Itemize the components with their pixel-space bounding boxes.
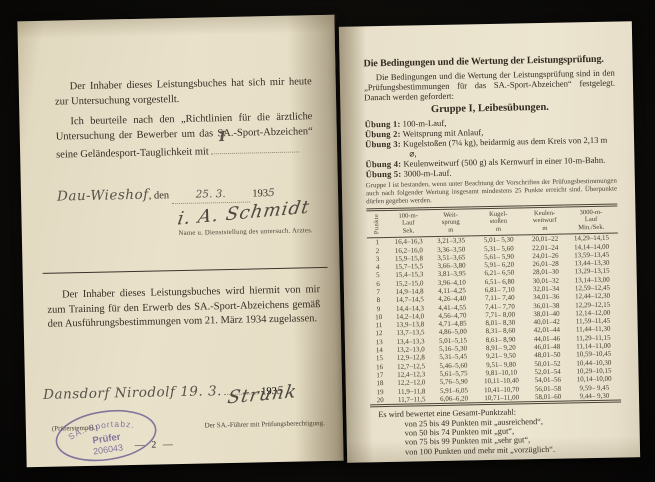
fitness-grade-handwritten: I: [219, 130, 226, 145]
uebung-label: Übung 4:: [365, 159, 401, 170]
header-weitsprung: Weit- sprung m: [429, 208, 472, 237]
conditions-intro: Die Bedingungen und die Wertung der Leis…: [364, 68, 616, 103]
den-printed: , den: [149, 190, 170, 201]
admission-paragraph: Der Inhaber dieses Leistungsbuches wird …: [47, 283, 321, 332]
place-day-handwritten: Dansdorf Nirodolf 19. 3.: [43, 383, 222, 403]
cell-kugelstossen: 10,71–11,00: [475, 393, 528, 404]
header-keulenweitwurf: Keulen- weitwurf m: [525, 206, 565, 235]
conditions-title: Die Bedingungen und die Wertung der Leis…: [363, 54, 614, 70]
leader-signature: Strunk: [226, 381, 298, 408]
day-blank: 25. 3.: [172, 186, 250, 204]
header-100m: 100-m- Lauf Sek.: [387, 209, 430, 238]
fitness-grade-blank: I: [211, 139, 299, 154]
uebung-label: Übung 2:: [365, 129, 401, 140]
points-table: Punkte 100-m- Lauf Sek. Weit- sprung m K…: [366, 204, 621, 408]
day-handwritten: 25. 3.: [196, 188, 226, 201]
doctor-signature: i. A. Schmidt: [176, 201, 310, 227]
right-page-content: Die Bedingungen und die Wertung der Leis…: [339, 21, 640, 457]
assessment-paragraph: Ich beurteile nach den „Richtlinien für …: [55, 110, 313, 163]
assessment-text: Ich beurteile nach den „Richtlinien für …: [56, 111, 313, 160]
uebung-text: 3000-m-Lauf.: [403, 168, 451, 179]
header-kugelstossen: Kugel- stoßen m: [472, 207, 526, 236]
uebung-label: Übung 1:: [365, 119, 401, 130]
examiner-stamp: SA.-Sportabz. Prüfer 206043: [47, 400, 166, 471]
uebung-label: Übung 5:: [366, 169, 402, 180]
left-page-content: Der Inhaber dieses Leistungsbuches hat s…: [17, 15, 339, 245]
cell-keulenweitwurf: 58,01–60: [528, 392, 568, 403]
examination-paragraph: Der Inhaber dieses Leistungsbuches hat s…: [55, 75, 313, 109]
points-table-body: 1 16,4–16,3 3,21–3,35 5,01– 5,30 20,01–2…: [367, 233, 621, 406]
cell-punkte: 1: [367, 238, 388, 247]
uebungen-list: Übung 1: 100-m-Lauf, Übung 2: Weitsprung…: [365, 115, 617, 180]
group-pass-note: Gruppe I ist bestanden, wenn unter Beach…: [366, 178, 617, 207]
uebung-label: Übung 3:: [365, 139, 401, 150]
cell-100m: 11,7–11,5: [390, 395, 433, 406]
leader-signature-line: Strunk: [228, 384, 297, 406]
year-printed: 193: [252, 188, 268, 199]
cell-weitsprung: 6,06–6,20: [433, 394, 476, 405]
header-punkte: Punkte: [366, 209, 387, 238]
scoring-lines: von 25 bis 49 Punkten mit „ausreichend“,…: [370, 415, 622, 457]
left-page: Der Inhaber dieses Leistungsbuches hat s…: [17, 15, 343, 468]
cell-punkte: 20: [370, 396, 391, 406]
section-divider: [43, 267, 328, 274]
header-3000m: 3000-m- Lauf Min./Sek.: [564, 205, 618, 234]
cell-3000m: 9,44– 9,30: [568, 391, 621, 402]
photo-background: Der Inhaber dieses Leistungsbuches hat s…: [0, 0, 655, 482]
right-page: Die Bedingungen und die Wertung der Leis…: [339, 21, 640, 463]
leader-signature-caption: Der SA.-Führer mit Prüfungsberechtigung.: [204, 419, 324, 430]
group-heading: Gruppe I, Leibesübungen.: [364, 101, 615, 117]
place-handwritten: Dau-Wieshof: [57, 186, 149, 204]
year-handwritten: 5: [268, 187, 275, 199]
